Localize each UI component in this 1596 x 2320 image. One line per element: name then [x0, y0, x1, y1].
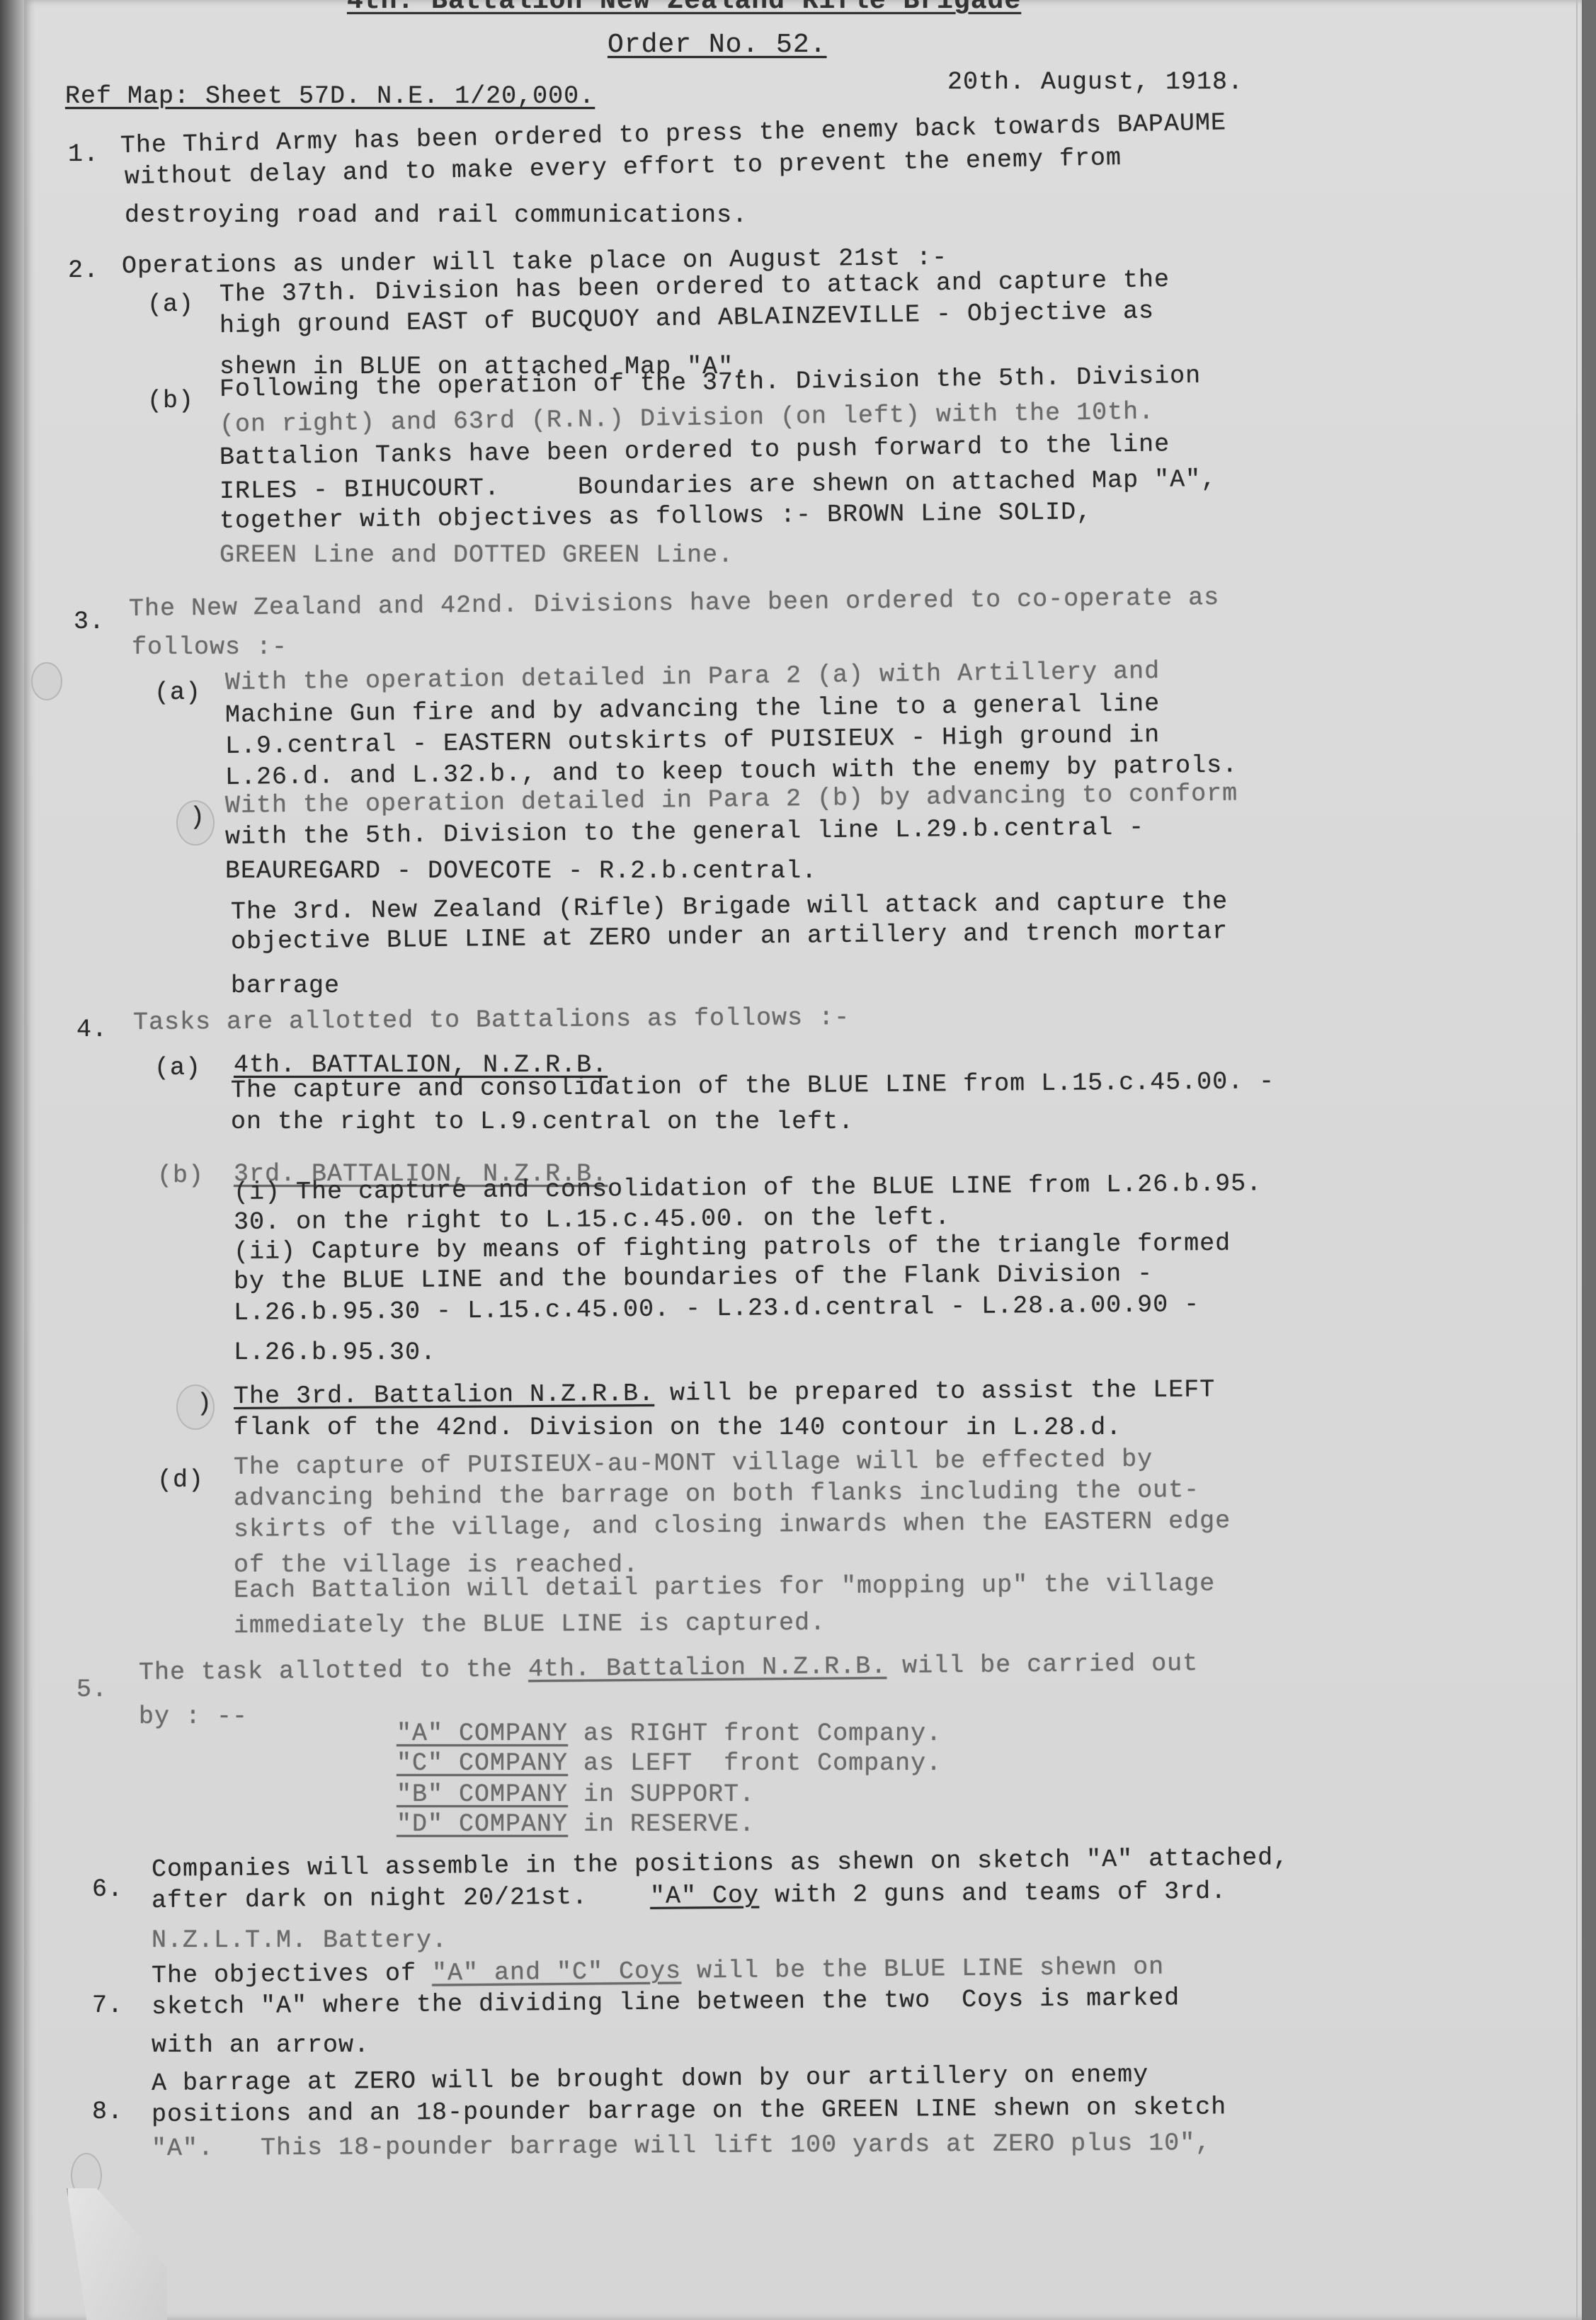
para-3b-label: ) [190, 803, 205, 831]
para-6-line: N.Z.L.T.M. Battery. [152, 1926, 448, 1955]
company-row: "D" COMPANY in RESERVE. [397, 1810, 755, 1838]
page-edge [1576, 0, 1578, 2320]
para-3a-label: (a) [154, 678, 201, 707]
punch-hole [31, 662, 62, 700]
para-6-company: "A" Coy [650, 1882, 759, 1911]
page-fold [67, 2188, 167, 2320]
para-4b-label: (b) [157, 1161, 204, 1190]
company-role: as RIGHT front Company. [568, 1719, 942, 1748]
para-4d-label: (d) [157, 1466, 204, 1494]
para-3-number: 3. [74, 608, 105, 636]
company-row: "B" COMPANY in SUPPORT. [397, 1780, 755, 1809]
para-1-number: 1. [68, 140, 99, 169]
order-title: Order No. 52. [608, 31, 826, 59]
para-4-number: 4. [76, 1016, 108, 1044]
para-6-number: 6. [92, 1875, 123, 1904]
para-6-text: after dark on night 20/21st. [152, 1882, 650, 1915]
para-4c-text: will be prepared to assist the LEFT [654, 1375, 1215, 1408]
company-name: "A" COMPANY [397, 1719, 568, 1748]
ref-map: Ref Map: Sheet 57D. N.E. 1/20,000. [65, 82, 595, 110]
para-7-text: The objectives of [152, 1960, 432, 1990]
company-name: "C" COMPANY [397, 1749, 568, 1778]
unit-header: 4th. Battalion New Zealand Rifle Brigade [347, 0, 1021, 16]
para-3b-line: BEAUREGARD - DOVECOTE - R.2.b.central. [225, 857, 817, 885]
company-role: in SUPPORT. [568, 1780, 755, 1809]
para-5-text: The task allotted to the [139, 1655, 528, 1687]
para-5-number: 5. [76, 1676, 108, 1704]
company-role: as LEFT front Company. [568, 1749, 942, 1778]
para-8-line: "A". This 18-pounder barrage will lift 1… [152, 2129, 1211, 2163]
order-date: 20th. August, 1918. [947, 68, 1243, 96]
company-row: "A" COMPANY as RIGHT front Company. [397, 1719, 942, 1748]
company-name: "D" COMPANY [397, 1810, 568, 1838]
para-4c-heading: The 3rd. Battalion N.Z.R.B. [234, 1380, 654, 1411]
company-role: in RESERVE. [568, 1810, 755, 1838]
para-2-number: 2. [68, 256, 99, 285]
para-8-number: 8. [92, 2098, 123, 2126]
para-1-line: destroying road and rail communications. [125, 201, 748, 229]
para-6-text: with 2 guns and teams of 3rd. [759, 1877, 1226, 1910]
para-3-intro: follows :- [132, 633, 287, 661]
para-4a-line: on the right to L.9.central on the left. [231, 1108, 854, 1136]
para-4a-label: (a) [154, 1054, 201, 1082]
para-5-line: by : -- [139, 1702, 248, 1731]
para-4c-line: flank of the 42nd. Division on the 140 c… [234, 1414, 1122, 1442]
company-name: "B" COMPANY [397, 1780, 568, 1809]
para-4b-line: L.26.b.95.30. [234, 1338, 436, 1367]
para-4b-line: 30. on the right to L.15.c.45.00. on the… [234, 1203, 950, 1236]
para-4-intro: Tasks are allotted to Battalions as foll… [133, 1003, 850, 1037]
para-7-number: 7. [92, 1991, 123, 2020]
para-7-line: with an arrow. [152, 2031, 370, 2059]
para-7-text: will be the BLUE LINE shewn on [681, 1953, 1164, 1986]
para-5-text: will be carried out [887, 1649, 1198, 1681]
para-4c-label: ) [197, 1389, 212, 1418]
company-row: "C" COMPANY as LEFT front Company. [397, 1749, 942, 1778]
para-2b-label: (b) [147, 387, 194, 415]
para-2a-label: (a) [147, 290, 194, 319]
binder-strip [0, 0, 24, 2320]
para-3-closing: barrage [231, 972, 340, 1000]
para-2b-line: GREEN Line and DOTTED GREEN Line. [220, 541, 734, 569]
para-4d-line: immediately the BLUE LINE is captured. [234, 1609, 826, 1640]
para-7-coys: "A" and "C" Coys [432, 1957, 681, 1987]
para-5-battalion: 4th. Battalion N.Z.R.B. [528, 1652, 887, 1683]
